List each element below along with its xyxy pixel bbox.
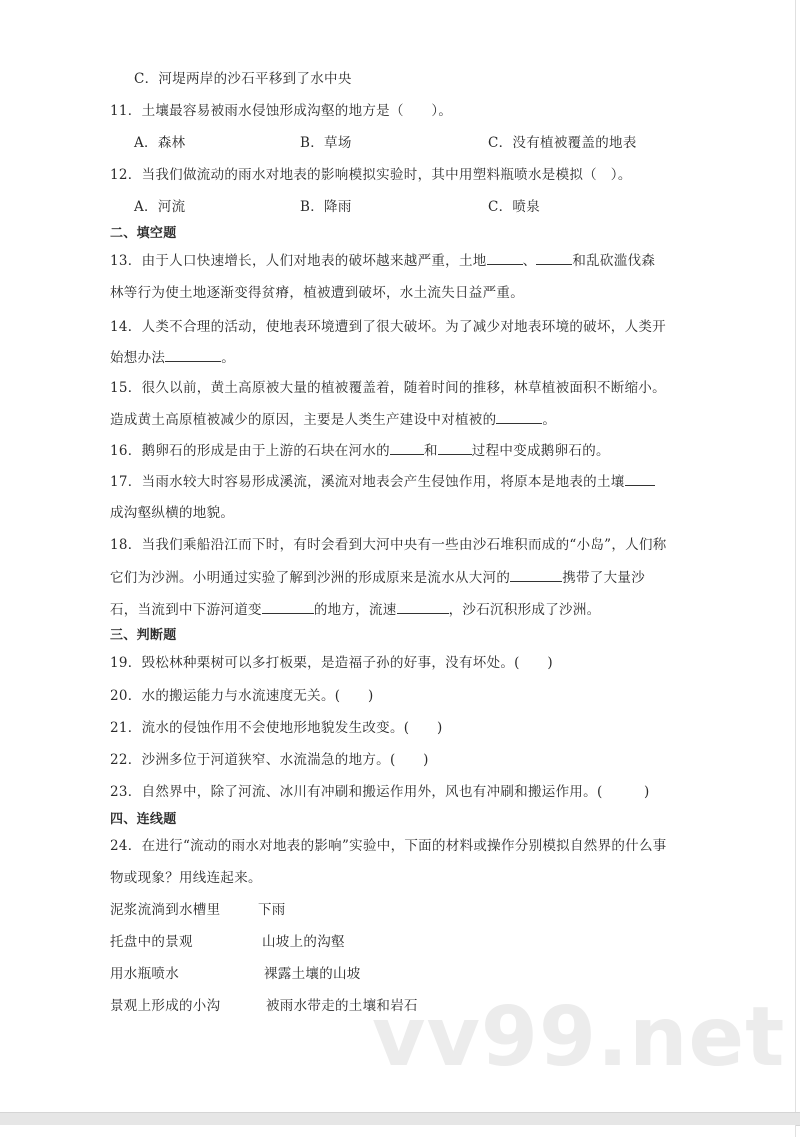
q12-option-a: A．河流 (134, 197, 185, 217)
q13-text-b: 、 (523, 253, 537, 269)
q15-line-1: 15．很久以前，黄土高原被大量的植被覆盖着，随着时间的推移，林草植被面积不断缩小… (110, 378, 666, 398)
q18-text-e: ，沙石沉积形成了沙洲。 (449, 602, 601, 618)
match-left-3[interactable]: 用水瓶喷水 (110, 964, 179, 984)
match-right-2[interactable]: 山坡上的沟壑 (262, 932, 345, 952)
match-right-3[interactable]: 裸露土壤的山坡 (264, 964, 361, 984)
match-right-1[interactable]: 下雨 (258, 900, 286, 920)
q18-text-a: 它们为沙洲。小明通过实验了解到沙洲的形成原来是流水从大河的 (110, 570, 510, 586)
q12-stem: 12．当我们做流动的雨水对地表的影响模拟实验时，其中用塑料瓶喷水是模拟（ ）。 (110, 165, 632, 185)
q12-option-c: C．喷泉 (488, 197, 540, 217)
q16-line: 16．鹅卵石的形成是由于上游的石块在河水的和过程中变成鹅卵石的。 (110, 440, 610, 461)
q14-line-1: 14．人类不合理的活动，使地表环境遭到了很大破坏。为了减少对地表环境的破坏，人类… (110, 317, 666, 337)
q11-stem: 11．土壤最容易被雨水侵蚀形成沟壑的地方是（ ）。 (110, 101, 452, 121)
answer-blank[interactable] (438, 440, 472, 455)
q15-line-2: 造成黄土高原植被减少的原因，主要是人类生产建设中对植被的。 (110, 409, 556, 430)
q24-line-2: 物或现象？用线连起来。 (110, 868, 262, 888)
q10-option-c: C．河堤两岸的沙石平移到了水中央 (134, 69, 352, 89)
q17-line-1: 17．当雨水较大时容易形成溪流，溪流对地表会产生侵蚀作用，将原本是地表的土壤 (110, 471, 655, 492)
document-page: C．河堤两岸的沙石平移到了水中央 11．土壤最容易被雨水侵蚀形成沟壑的地方是（ … (0, 0, 796, 1112)
q12-option-b: B．降雨 (300, 197, 352, 217)
answer-blank[interactable] (510, 567, 562, 582)
answer-blank[interactable] (496, 409, 542, 424)
q18-line-2: 它们为沙洲。小明通过实验了解到沙洲的形成原来是流水从大河的携带了大量沙 (110, 567, 645, 588)
q17-line-2: 成沟壑纵横的地貌。 (110, 503, 234, 523)
answer-blank[interactable] (165, 347, 221, 362)
q18-text-b: 携带了大量沙 (562, 570, 645, 586)
answer-blank[interactable] (390, 440, 424, 455)
q20: 20．水的搬运能力与水流速度无关。( ) (110, 686, 374, 706)
q14-line-2: 始想办法。 (110, 347, 235, 368)
q17-text-a: 17．当雨水较大时容易形成溪流，溪流对地表会产生侵蚀作用，将原本是地表的土壤 (110, 474, 625, 490)
q18-line-3: 石，当流到中下游河道变的地方，流速，沙石沉积形成了沙洲。 (110, 599, 600, 620)
q13-line-1: 13．由于人口快速增长，人们对地表的破坏越来越严重，土地、和乱砍滥伐森 (110, 250, 655, 271)
answer-blank[interactable] (397, 599, 449, 614)
q13-text-a: 13．由于人口快速增长，人们对地表的破坏越来越严重，土地 (110, 253, 487, 269)
section-4-heading: 四、连线题 (110, 810, 177, 830)
q15-text-b: 。 (542, 412, 556, 428)
q16-text-b: 和 (424, 443, 438, 459)
q11-option-b: B．草场 (300, 133, 352, 153)
q24-line-1: 24．在进行“流动的雨水对地表的影响”实验中，下面的材料或操作分别模拟自然界的什… (110, 836, 667, 856)
q11-option-a: A．森林 (134, 133, 185, 153)
match-left-2[interactable]: 托盘中的景观 (110, 932, 193, 952)
next-page-edge (0, 1125, 796, 1137)
q14-text-a: 始想办法 (110, 350, 165, 366)
q15-text-a: 造成黄土高原植被减少的原因，主要是人类生产建设中对植被的 (110, 412, 496, 428)
section-2-heading: 二、填空题 (110, 224, 177, 244)
answer-blank[interactable] (625, 471, 655, 486)
q19: 19．毁松林种栗树可以多打板栗，是造福子孙的好事，没有坏处。( ) (110, 653, 553, 673)
q11-option-c: C．没有植被覆盖的地表 (488, 133, 637, 153)
answer-blank[interactable] (262, 599, 314, 614)
q18-text-d: 的地方，流速 (314, 602, 397, 618)
answer-blank[interactable] (487, 250, 523, 265)
q21: 21．流水的侵蚀作用不会使地形地貌发生改变。( ) (110, 718, 443, 738)
q18-text-c: 石，当流到中下游河道变 (110, 602, 262, 618)
q18-line-1: 18．当我们乘船沿江而下时，有时会看到大河中央有一些由沙石堆积而成的“小岛”，人… (110, 535, 667, 555)
watermark: vv99.net (372, 990, 785, 1085)
q23: 23．自然界中，除了河流、冰川有冲刷和搬运作用外，风也有冲刷和搬运作用。( ) (110, 782, 650, 802)
q22: 22．沙洲多位于河道狭窄、水流湍急的地方。( ) (110, 750, 429, 770)
match-left-1[interactable]: 泥浆流淌到水槽里 (110, 900, 220, 920)
section-3-heading: 三、判断题 (110, 626, 177, 646)
q14-text-b: 。 (221, 350, 235, 366)
q16-text-c: 过程中变成鹅卵石的。 (472, 443, 610, 459)
answer-blank[interactable] (536, 250, 572, 265)
q13-text-c: 和乱砍滥伐森 (572, 253, 655, 269)
page-separator (0, 1112, 800, 1126)
q16-text-a: 16．鹅卵石的形成是由于上游的石块在河水的 (110, 443, 390, 459)
q13-line-2: 林等行为使土地逐渐变得贫瘠，植被遭到破坏，水土流失日益严重。 (110, 283, 524, 303)
match-left-4[interactable]: 景观上形成的小沟 (110, 996, 220, 1016)
